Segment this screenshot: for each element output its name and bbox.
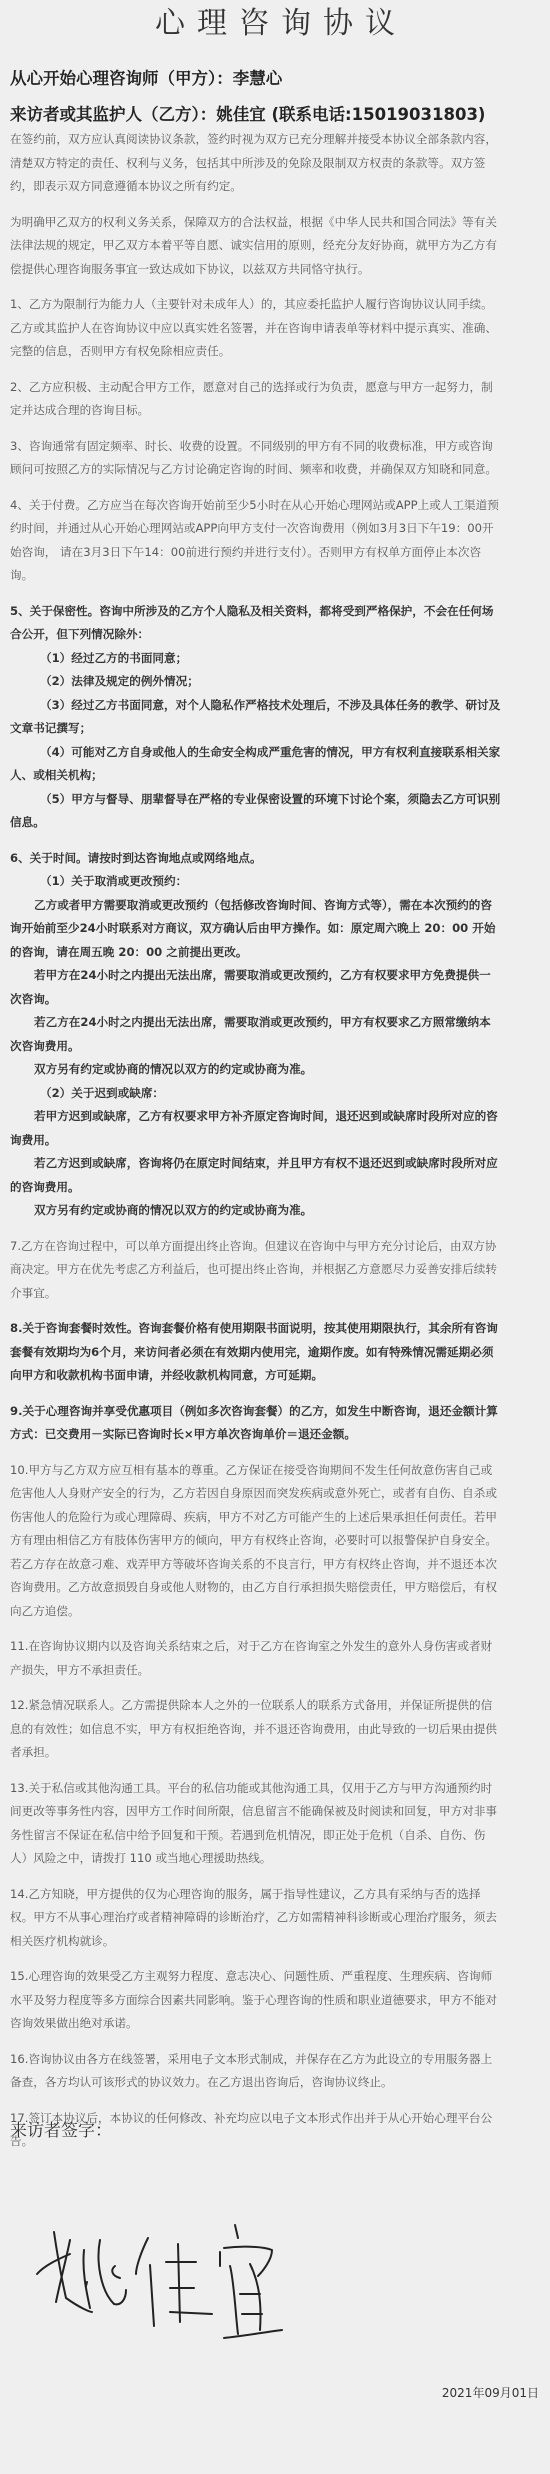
sign-date: 2021年09月01日 — [442, 2384, 539, 2401]
party-b-line: 来访者或其监护人（乙方）：姚佳宜 (联系电话:15019031803) — [10, 104, 485, 126]
page-title: 心理咨询协议 — [0, 6, 550, 42]
party-a-line: 从心开始心理咨询师（甲方）：李慧心 — [10, 68, 282, 90]
handwritten-signature — [30, 2210, 290, 2340]
clause-6-sub1-item: 若乙方在24小时之内提出无法出席，需要取消或更改预约，甲方有权要求乙方照常缴纳本… — [10, 1011, 502, 1058]
clause-9: 9.关于心理咨询并享受优惠项目（例如多次咨询套餐）的乙方，如发生中断咨询，退还金… — [10, 1400, 502, 1447]
clause-5-item: （3）经过乙方书面同意，对个人隐私作严格技术处理后，不涉及具体任务的教学、研讨及… — [10, 694, 502, 741]
agreement-page: 心理咨询协议 从心开始心理咨询师（甲方）：李慧心 来访者或其监护人（乙方）：姚佳… — [0, 0, 550, 2474]
clause-5-item: （2）法律及规定的例外情况； — [10, 670, 502, 694]
clause-5-confidentiality: 5、关于保密性。咨询中所涉及的乙方个人隐私及相关资料，都将受到严格保护，不会在任… — [10, 600, 502, 835]
clause-2: 2、乙方应积极、主动配合甲方工作，愿意对自己的选择或行为负责，愿意与甲方一起努力… — [10, 376, 502, 423]
clause-5-item: （1）经过乙方的书面同意； — [10, 647, 502, 671]
signature-label: 来访者签字： — [10, 2116, 112, 2141]
clause-12: 12.紧急情况联系人。乙方需提供除本人之外的一位联系人的联系方式备用，并保证所提… — [10, 1694, 502, 1765]
clause-15: 15.心理咨询的效果受乙方主观努力程度、意志决心、问题性质、严重程度、生理疾病、… — [10, 1965, 502, 2036]
clause-13: 13.关于私信或其他沟通工具。平台的私信功能或其他沟通工具，仅用于乙方与甲方沟通… — [10, 1777, 502, 1871]
clause-5-item: （5）甲方与督导、朋辈督导在严格的专业保密设置的环境下讨论个案，须隐去乙方可识别… — [10, 788, 502, 835]
clause-1: 1、乙方为限制行为能力人（主要针对未成年人）的，其应委托监护人履行咨询协议认同手… — [10, 293, 502, 364]
clause-16: 16.咨询协议由各方在线签署，采用电子文本形式制成，并保存在乙方为此设立的专用服… — [10, 2048, 502, 2095]
clause-3: 3、咨询通常有固定频率、时长、收费的设置。不同级别的甲方有不同的收费标准，甲方或… — [10, 435, 502, 482]
clause-14: 14.乙方知晓，甲方提供的仅为心理咨询的服务，属于指导性建议，乙方具有采纳与否的… — [10, 1883, 502, 1954]
clause-6-sub1-item: 双方另有约定或协商的情况以双方的约定或协商为准。 — [10, 1058, 502, 1082]
clause-7: 7.乙方在咨询过程中，可以单方面提出终止咨询。但建议在咨询中与甲方充分讨论后，由… — [10, 1235, 502, 1306]
clause-6-time: 6、关于时间。请按时到达咨询地点或网络地点。 （1）关于取消或更改预约： 乙方或… — [10, 847, 502, 1223]
clause-5-intro: 5、关于保密性。咨询中所涉及的乙方个人隐私及相关资料，都将受到严格保护，不会在任… — [10, 600, 502, 647]
clause-6-sub2-item: 双方另有约定或协商的情况以双方的约定或协商为准。 — [10, 1199, 502, 1223]
clause-11: 11.在咨询协议期内以及咨询关系结束之后，对于乙方在咨询室之外发生的意外人身伤害… — [10, 1635, 502, 1682]
preamble-paragraph: 在签约前，双方应认真阅读协议条款，签约时视为双方已充分理解并接受本协议全部条款内… — [10, 128, 502, 199]
clause-8: 8.关于咨询套餐时效性。咨询套餐价格有使用期限书面说明，按其使用期限执行，其余所… — [10, 1317, 502, 1388]
agreement-body: 在签约前，双方应认真阅读协议条款，签约时视为双方已充分理解并接受本协议全部条款内… — [10, 128, 502, 2166]
clause-5-item: （4）可能对乙方自身或他人的生命安全构成严重危害的情况，甲方有权利直接联系相关家… — [10, 741, 502, 788]
clause-6-sub1-item: 若甲方在24小时之内提出无法出席，需要取消或更改预约，乙方有权要求甲方免费提供一… — [10, 964, 502, 1011]
clause-6-sub2-item: 若乙方迟到或缺席，咨询将仍在原定时间结束，并且甲方有权不退还迟到或缺席时段所对应… — [10, 1152, 502, 1199]
clause-6-sub1-title: （1）关于取消或更改预约： — [10, 870, 502, 894]
clause-6-sub2-item: 若甲方迟到或缺席，乙方有权要求甲方补齐原定咨询时间，退还迟到或缺席时段所对应的咨… — [10, 1105, 502, 1152]
purpose-paragraph: 为明确甲乙双方的权利义务关系，保障双方的合法权益，根据《中华人民共和国合同法》等… — [10, 211, 502, 282]
clause-4: 4、关于付费。乙方应当在每次咨询开始前至少5小时在从心开始心理网站或APP上或人… — [10, 494, 502, 588]
clause-6-sub2-title: （2）关于迟到或缺席： — [10, 1082, 502, 1106]
clause-6-sub1-item: 乙方或者甲方需要取消或更改预约（包括修改咨询时间、咨询方式等），需在本次预约的咨… — [10, 894, 502, 965]
clause-6-intro: 6、关于时间。请按时到达咨询地点或网络地点。 — [10, 847, 502, 871]
clause-10: 10.甲方与乙方双方应互相有基本的尊重。乙方保证在接受咨询期间不发生任何故意伤害… — [10, 1459, 502, 1624]
